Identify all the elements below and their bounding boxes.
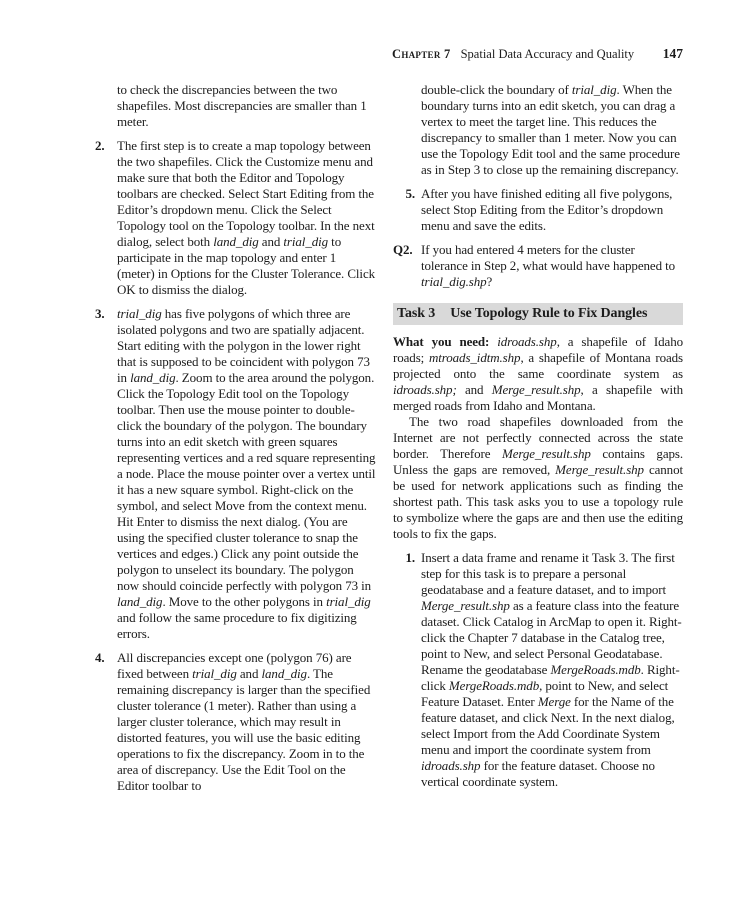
chapter-title: Spatial Data Accuracy and Quality — [461, 47, 635, 62]
left-column: to check the discrepancies between the t… — [95, 82, 376, 794]
step-1: 1.Insert a data frame and rename it Task… — [393, 550, 683, 790]
italic-text: trial_dig — [192, 666, 237, 681]
step-4: 4.All discrepancies except one (polygon … — [95, 650, 376, 794]
item-marker: 4. — [95, 650, 111, 666]
text-run: After you have finished editing all five… — [421, 186, 672, 233]
step-2: 2.The first step is to create a map topo… — [95, 138, 376, 298]
item-marker: 3. — [95, 306, 111, 322]
question-q2: Q2.If you had entered 4 meters for the c… — [393, 242, 683, 290]
italic-text: land_dig — [130, 370, 175, 385]
text-run: Insert a data frame and rename it Task 3… — [421, 550, 675, 597]
italic-text: land_dig — [262, 666, 307, 681]
text-run: and — [237, 666, 262, 681]
right-column: double-click the boundary of trial_dig. … — [393, 82, 683, 790]
text-run: . The remaining discrepancy is larger th… — [117, 666, 370, 793]
text-run: and follow the same procedure to fix dig… — [117, 610, 357, 641]
italic-text: Merge_result.shp — [555, 462, 644, 477]
italic-text: land_dig — [213, 234, 258, 249]
task-label: Task 3 — [397, 306, 435, 321]
italic-text: Merge — [538, 694, 571, 709]
step-5: 5.After you have finished editing all fi… — [393, 186, 683, 234]
item-marker: 2. — [95, 138, 111, 154]
italic-text: trial_dig — [283, 234, 328, 249]
italic-text: trial_dig — [326, 594, 371, 609]
text-run: and — [259, 234, 284, 249]
text-run: . Move to the other polygons in — [162, 594, 326, 609]
task3-intro-paragraph: The two road shapefiles downloaded from … — [393, 414, 683, 542]
italic-text: Merge_result.shp — [502, 446, 591, 461]
text-run: The first step is to create a map topolo… — [117, 138, 375, 249]
text-run: double-click the boundary of — [421, 82, 572, 97]
header-left-group: Chapter 7 Spatial Data Accuracy and Qual… — [392, 47, 634, 62]
continued-paragraph: to check the discrepancies between the t… — [95, 82, 376, 130]
book-page: Chapter 7 Spatial Data Accuracy and Qual… — [0, 0, 740, 909]
what-you-need-paragraph: What you need: idroads.shp, a shapefile … — [393, 334, 683, 414]
italic-text: trial_dig — [572, 82, 617, 97]
text-run: to check the discrepancies between the t… — [117, 82, 367, 129]
italic-text: MergeRoads.mdb — [449, 678, 539, 693]
text-run: . Zoom to the area around the polygon. C… — [117, 370, 375, 593]
item-marker: 5. — [393, 186, 415, 202]
italic-text: MergeRoads.mdb — [550, 662, 640, 677]
item-marker: Q2. — [393, 242, 415, 258]
italic-text: Merge_result.shp — [421, 598, 510, 613]
chapter-label: Chapter 7 — [392, 47, 451, 62]
italic-text: idroads.shp; — [393, 382, 457, 397]
italic-text: trial_dig — [117, 306, 162, 321]
italic-text: mtroads_idtm.shp — [429, 350, 520, 365]
text-run: ? — [487, 274, 493, 289]
step-3: 3.trial_dig has five polygons of which t… — [95, 306, 376, 642]
continued-paragraph: double-click the boundary of trial_dig. … — [393, 82, 683, 178]
item-marker: 1. — [393, 550, 415, 566]
task3-heading: Task 3Use Topology Rule to Fix Dangles — [393, 303, 683, 325]
italic-text: land_dig — [117, 594, 162, 609]
bold-lead-text: What you need: — [393, 334, 497, 349]
page-number: 147 — [663, 46, 683, 62]
italic-text: trial_dig.shp — [421, 274, 487, 289]
running-header: Chapter 7 Spatial Data Accuracy and Qual… — [392, 46, 683, 62]
text-run: and — [457, 382, 492, 397]
text-run: If you had entered 4 meters for the clus… — [421, 242, 675, 273]
italic-text: idroads.shp — [421, 758, 480, 773]
task-title: Use Topology Rule to Fix Dangles — [450, 306, 647, 321]
italic-text: idroads.shp — [497, 334, 556, 349]
italic-text: Merge_result.shp — [492, 382, 581, 397]
